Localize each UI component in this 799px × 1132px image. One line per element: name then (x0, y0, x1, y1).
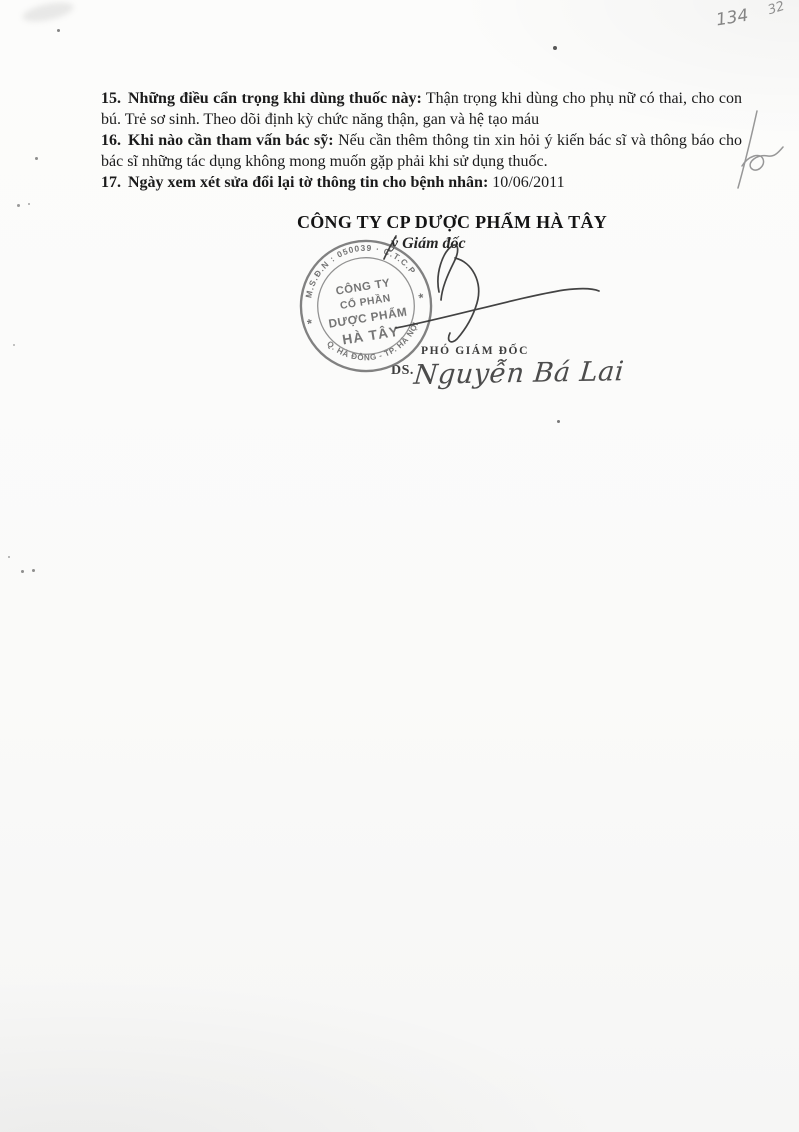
handwritten-page-number: 134 (715, 6, 750, 31)
body-text-block: 15.Những điều cẩn trọng khi dùng thuốc n… (101, 88, 742, 193)
company-stamp: M.S.Đ.N : 050039 · C.T.C.P Q. HÀ ĐÔNG - … (297, 237, 435, 375)
scan-speck (35, 157, 38, 160)
item-label: Khi nào cần tham vấn bác sỹ: (128, 132, 334, 149)
company-name: CÔNG TY CP DƯỢC PHẨM HÀ TÂY (297, 212, 607, 233)
signature-curve (449, 258, 479, 342)
item-label: Ngày xem xét sửa đổi lại tờ thông tin ch… (128, 174, 488, 191)
stamp-star-right: * (417, 290, 425, 306)
list-item: 17.Ngày xem xét sửa đổi lại tờ thông tin… (101, 172, 742, 193)
scan-speck (32, 569, 35, 572)
item-number: 16. (101, 132, 121, 149)
item-label: Những điều cẩn trọng khi dùng thuốc này: (128, 90, 422, 107)
list-item: 16.Khi nào cần tham vấn bác sỹ: Nếu cần … (101, 130, 742, 172)
item-number: 15. (101, 90, 121, 107)
signature-loop (438, 245, 458, 300)
scan-speck (28, 203, 30, 205)
stamp-star-left: * (306, 316, 314, 332)
item-text: 10/06/2011 (492, 174, 564, 191)
list-item: 15.Những điều cẩn trọng khi dùng thuốc n… (101, 88, 742, 130)
scan-speck (13, 344, 15, 346)
scan-smudge (21, 0, 75, 25)
signer-script-name: Nguyễn Bá Lai (412, 356, 625, 391)
vice-director-title: PHÓ GIÁM ĐỐC (421, 345, 529, 357)
scan-speck (21, 570, 24, 573)
scan-speck (17, 204, 20, 207)
scan-speck (8, 556, 10, 558)
scan-speck (557, 420, 560, 423)
margin-initial-mark (738, 111, 783, 188)
handwritten-page-number-2: 32 (766, 0, 786, 18)
scan-speck (57, 29, 60, 32)
item-number: 17. (101, 174, 121, 191)
scan-speck (553, 46, 557, 50)
scanned-document-page: 134 32 15.Những điều cẩn trọng khi dùng … (0, 0, 799, 1132)
